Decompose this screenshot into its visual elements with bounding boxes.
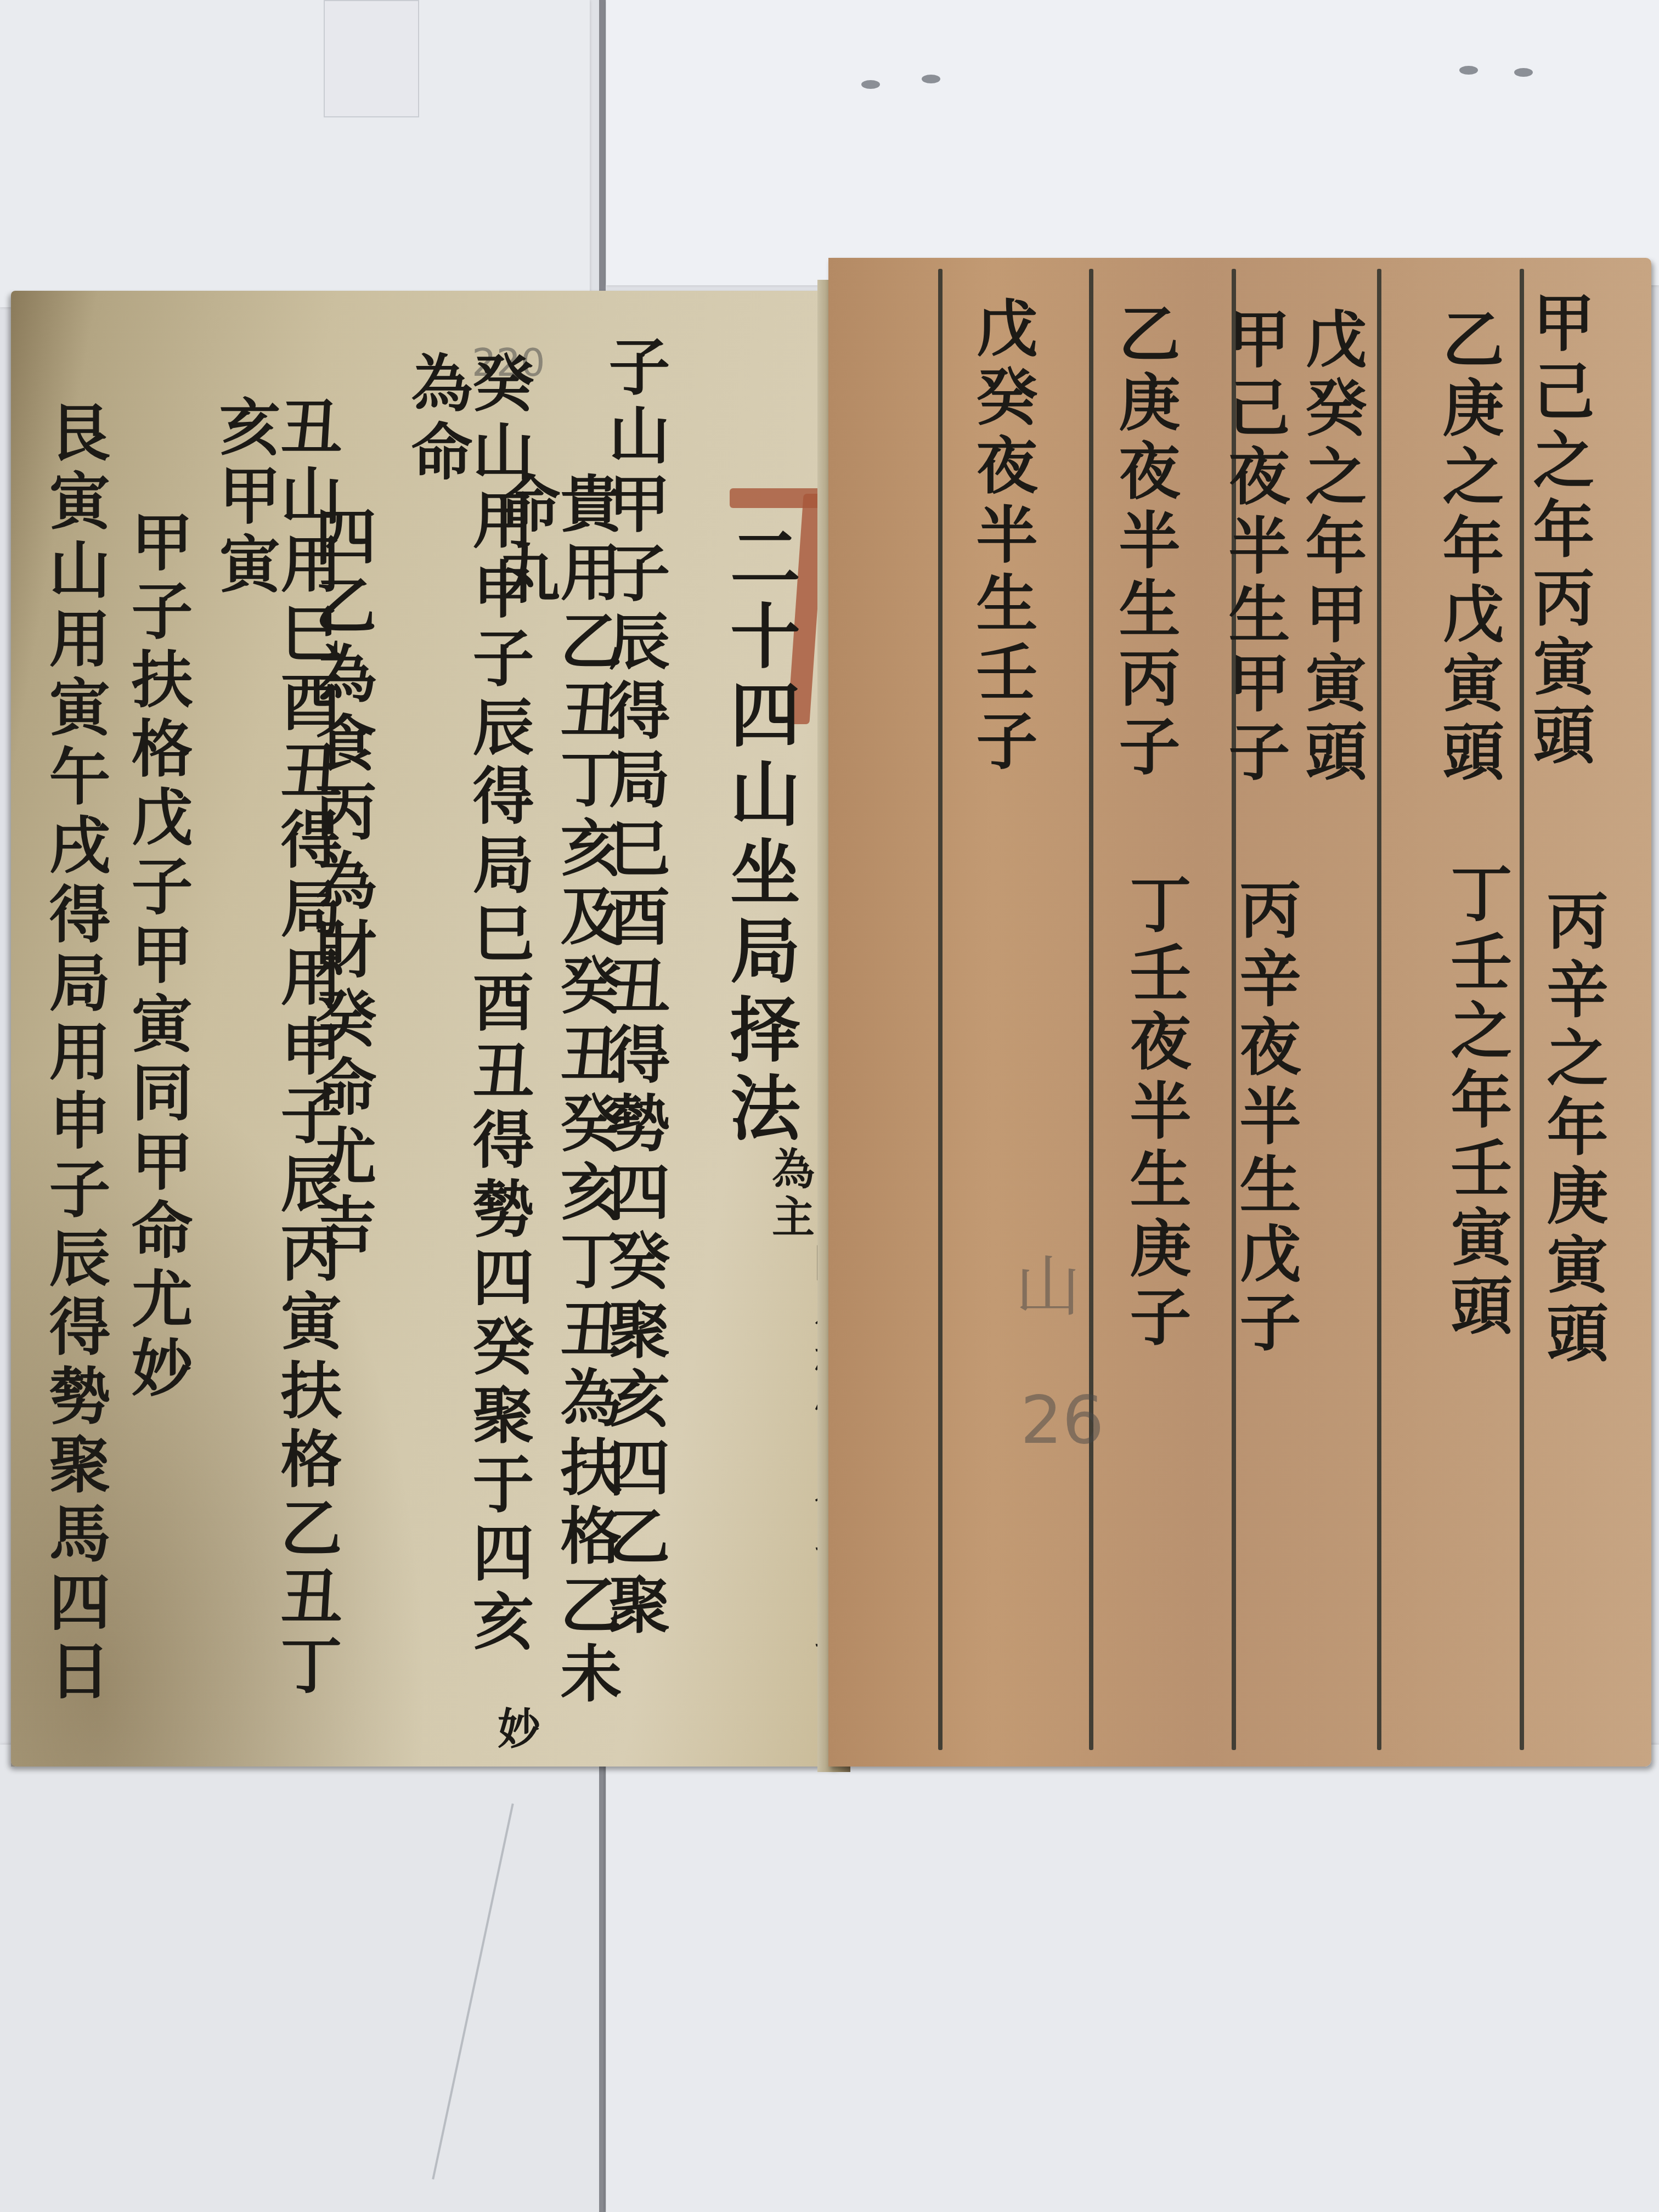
left-page: 220 二十四山坐局择法 以日時為格例，命于日干為主 子山甲子辰得局巳酉丑得勢四… (11, 291, 839, 1767)
right-page: 甲己之年丙寅頭 丙辛之年庚寅頭 乙庚之年戊寅頭 丁壬之年壬寅頭 戊癸之年甲寅頭 … (828, 258, 1651, 1767)
text-column: 丙辛夜半生戊子 (1234, 878, 1296, 1536)
text-column: 甲子扶格戊子甲寅同甲命尤妙 (126, 510, 188, 1662)
punch-hole (1514, 68, 1533, 77)
punch-hole (861, 80, 880, 89)
ruled-line (1377, 269, 1381, 1750)
punch-hole (1459, 66, 1478, 75)
text-column: 戊癸夜半生壬子 (971, 296, 1032, 955)
background-paper-top-right (606, 0, 1659, 285)
pencil-mark: 26 (1020, 1383, 1104, 1459)
text-column: 甲己之年丙寅頭 (1528, 291, 1589, 949)
text-column: 丙辛之年庚寅頭 (1542, 889, 1603, 1602)
text-column: 丁壬之年壬寅頭 (1446, 861, 1507, 1520)
pencil-mark: 山 (1015, 1234, 1081, 1329)
text-column: 戊癸之年甲寅頭 (1300, 307, 1362, 911)
text-column: 丑山用巳酉丑得局用申子辰丙寅扶格乙丑丁亥甲寅 (214, 395, 337, 1739)
text-column: 乙庚之年戊寅頭 (1437, 307, 1499, 911)
tape-strip (324, 0, 419, 117)
text-column: 艮寅山用寅午戌得局用申子辰得勢聚馬四日 (44, 400, 105, 1772)
text-column: 乙庚夜半生丙子 (1114, 302, 1175, 960)
punch-hole (922, 75, 940, 83)
section-title: 二十四山坐局择法 (724, 521, 794, 1150)
background-paper-bottom-right (606, 1745, 1659, 2212)
text-column: 丁壬夜半生庚子 (1125, 872, 1186, 1531)
ruled-line (938, 269, 943, 1750)
ruled-line (1089, 269, 1093, 1750)
open-book: 220 二十四山坐局择法 以日時為格例，命于日干為主 子山甲子辰得局巳酉丑得勢四… (11, 258, 1654, 1772)
background-paper-bottom-left (0, 1745, 603, 2212)
text-column: 甲己夜半生甲子 (1223, 307, 1285, 911)
text-column: 癸山用申子辰得局巳酉丑得勢四癸聚于四亥為命 (406, 351, 529, 1723)
